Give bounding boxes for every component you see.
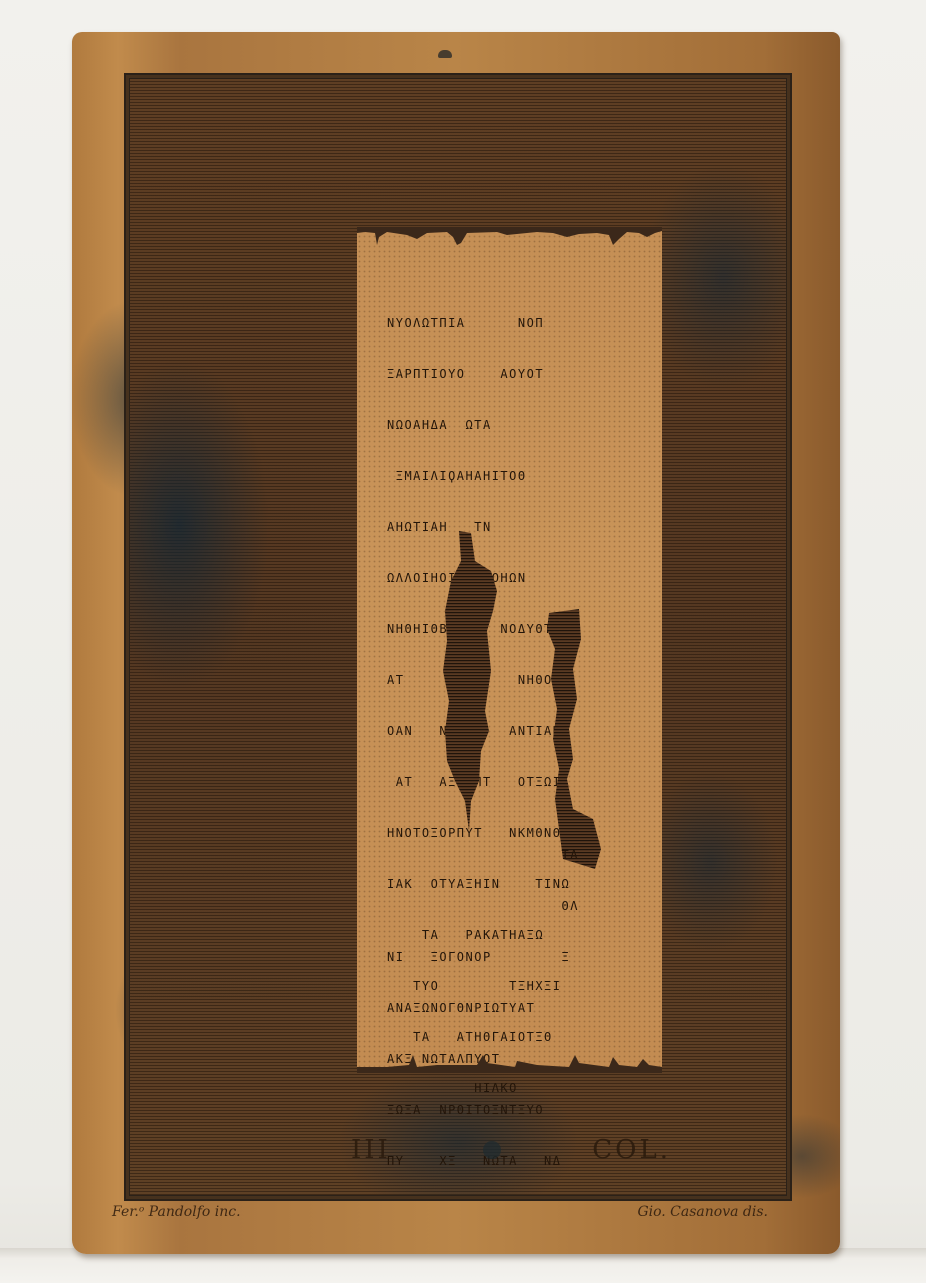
copper-plate: ΝΥΟΛΩΤΠΙΑ ΝΟΠ ΞΑΡΠΤΙΟΥΟ ΑΟΥΟΤ ΝΩΟΑΗΔΑ ΩΤ… [72,32,840,1254]
papyrus-line: ΩΛΛΟΙΗΟΙΟ ΟΗΩΝ [387,570,637,587]
papyrus-line: ΝΙ ΞΟΓΟΝΟΡ Ξ [387,949,637,966]
papyrus-column: ΝΥΟΛΩΤΠΙΑ ΝΟΠ ΞΑΡΠΤΙΟΥΟ ΑΟΥΟΤ ΝΩΟΑΗΔΑ ΩΤ… [357,229,662,1071]
papyrus-line: ΑΗΩΤΙΑΗ ΤΝ [387,519,637,536]
draughtsman-signature: Gio. Casanova dis. [637,1204,768,1220]
lacuna-hatched-left [441,531,507,831]
column-label: III COL. [351,1135,671,1165]
papyrus-line: ΑΝΑΞΩΝΟΓΘΝΡΙΩΤΥΑΤ [387,1000,637,1017]
papyrus-line: ΤΑ [387,847,637,864]
papyrus-torn-bottom-edge [357,1055,662,1073]
engraved-field: ΝΥΟΛΩΤΠΙΑ ΝΟΠ ΞΑΡΠΤΙΟΥΟ ΑΟΥΟΤ ΝΩΟΑΗΔΑ ΩΤ… [124,73,792,1201]
papyrus-line: ΞΑΡΠΤΙΟΥΟ ΑΟΥΟΤ [387,366,637,383]
papyrus-line: ΞΩΞΑ ΝΡΘΙΤΟΞΝΤΞΥΟ [387,1102,637,1119]
papyrus-line: ΞΜΑΙΛΙϘΑΗΑΗΙΤΟΘ [387,468,637,485]
patina-stain [483,1141,501,1159]
papyrus-torn-top-edge [357,227,662,245]
papyrus-line: ΝΥΟΛΩΤΠΙΑ ΝΟΠ [387,315,637,332]
column-prefix: COL. [592,1135,671,1165]
papyrus-line: ΝΩΟΑΗΔΑ ΩΤΑ [387,417,637,434]
papyrus-line: ΘΛ [387,898,637,915]
column-number: III [351,1135,391,1165]
engraver-signature: Fer.ᵒ Pandolfo inc. [112,1204,241,1220]
plate-mark [438,50,452,58]
